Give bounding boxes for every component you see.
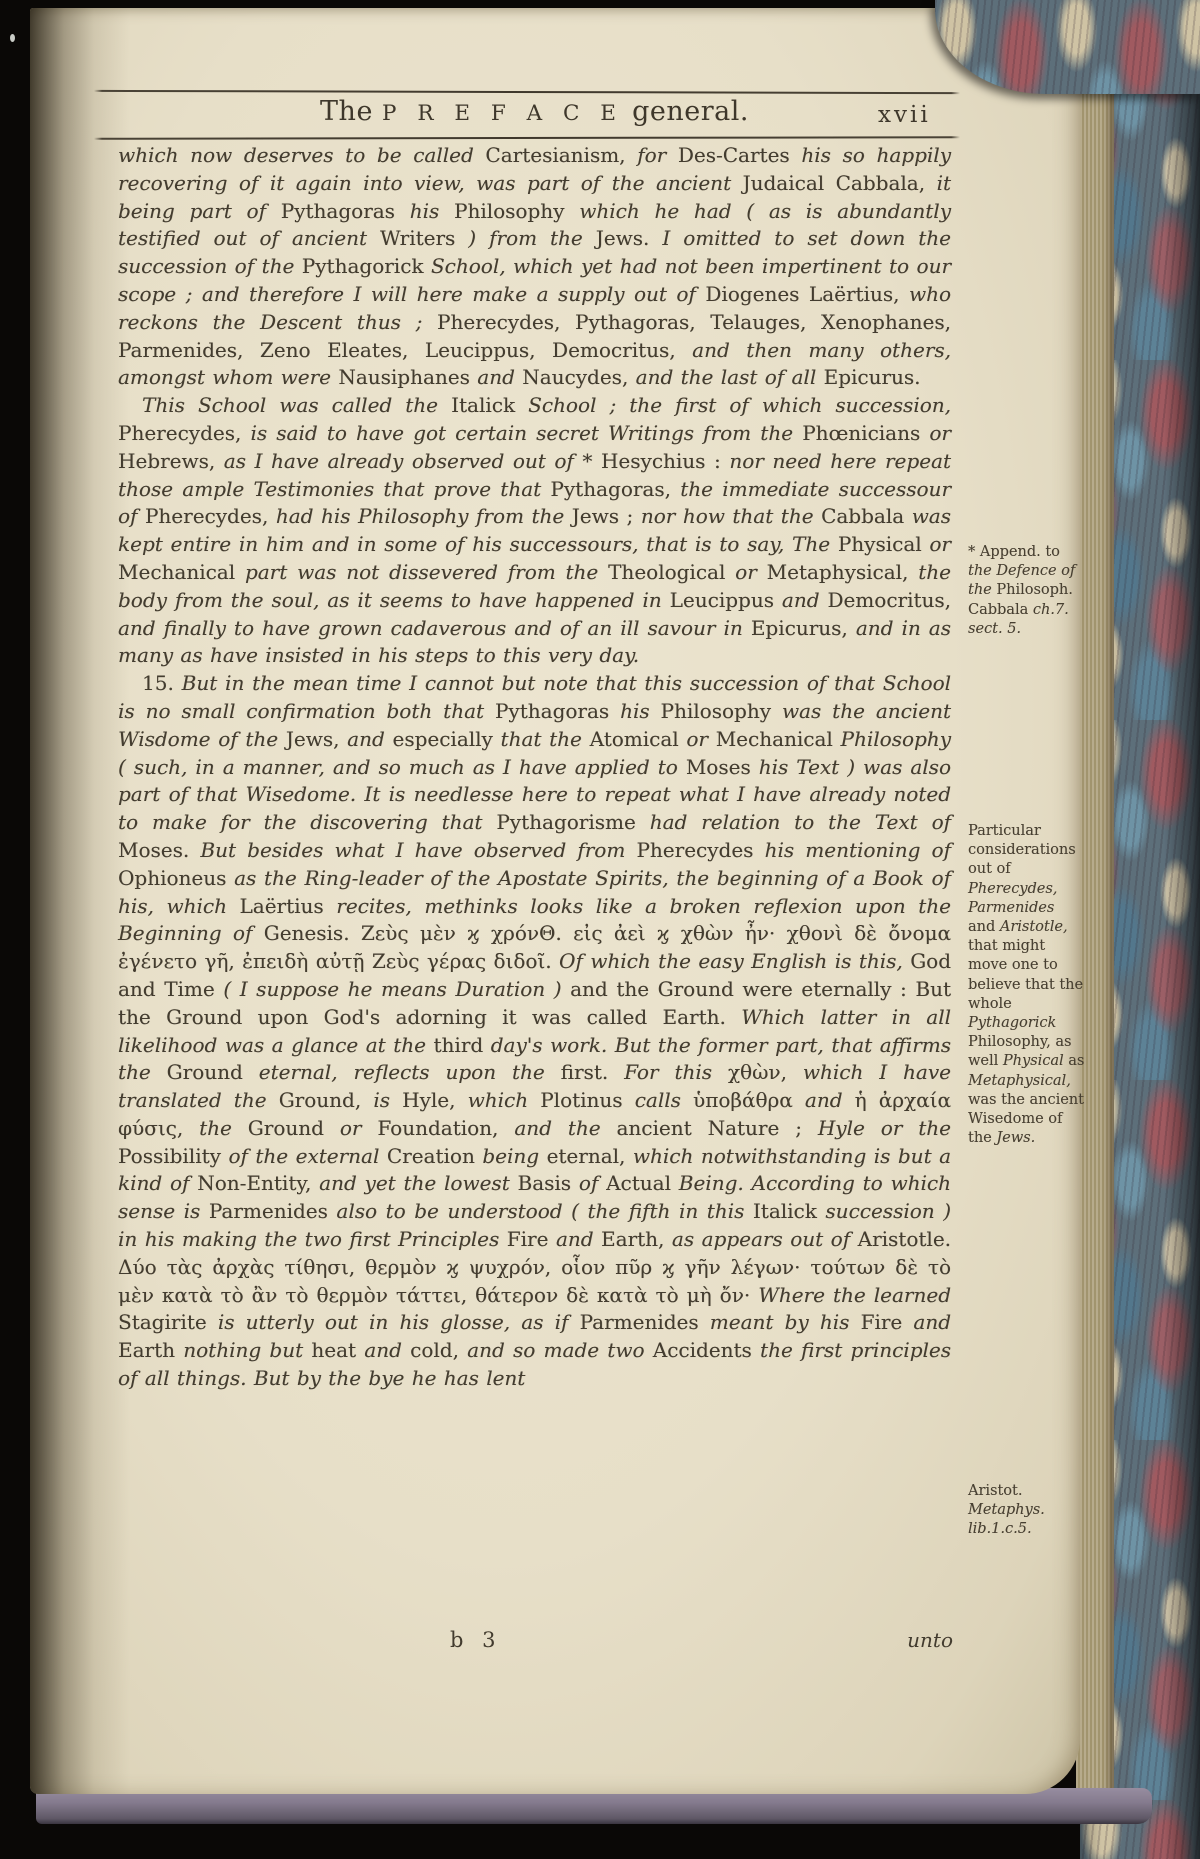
paragraph-italick-school: This School was called the Italick Schoo…	[118, 392, 951, 670]
margin-note-aristotle-ref: Aristot. Metaphys. lib.1.c.5.	[968, 1482, 1086, 1540]
header-rule-bottom	[94, 136, 960, 140]
margin-note-particular-considerations: Particular considerations out of Pherecy…	[968, 822, 1086, 1148]
gutter-shadow	[30, 8, 130, 1794]
book-page: The P R E F A C E general. xvii which no…	[30, 8, 1080, 1794]
page-number: xvii	[878, 102, 931, 128]
margin-note-append: * Append. to the Defence of the Philosop…	[968, 543, 1086, 639]
paragraph-15: 15. But in the mean time I cannot but no…	[118, 670, 951, 1393]
photo-background: The P R E F A C E general. xvii which no…	[0, 0, 1200, 1859]
title-preface-caps: P R E F A C E	[382, 101, 623, 126]
page-title: The P R E F A C E general.	[118, 96, 951, 127]
header-rule-top	[94, 90, 960, 94]
main-text-column: which now deserves to be called Cartesia…	[118, 142, 951, 1393]
signature-mark: b 3	[450, 1628, 501, 1652]
catchword: unto	[868, 1628, 953, 1652]
title-the: The	[320, 96, 373, 127]
title-general: general.	[632, 96, 749, 127]
dust-speck	[10, 34, 15, 42]
paragraph-continuation: which now deserves to be called Cartesia…	[118, 142, 951, 392]
marbled-corner-top-right	[935, 0, 1200, 94]
